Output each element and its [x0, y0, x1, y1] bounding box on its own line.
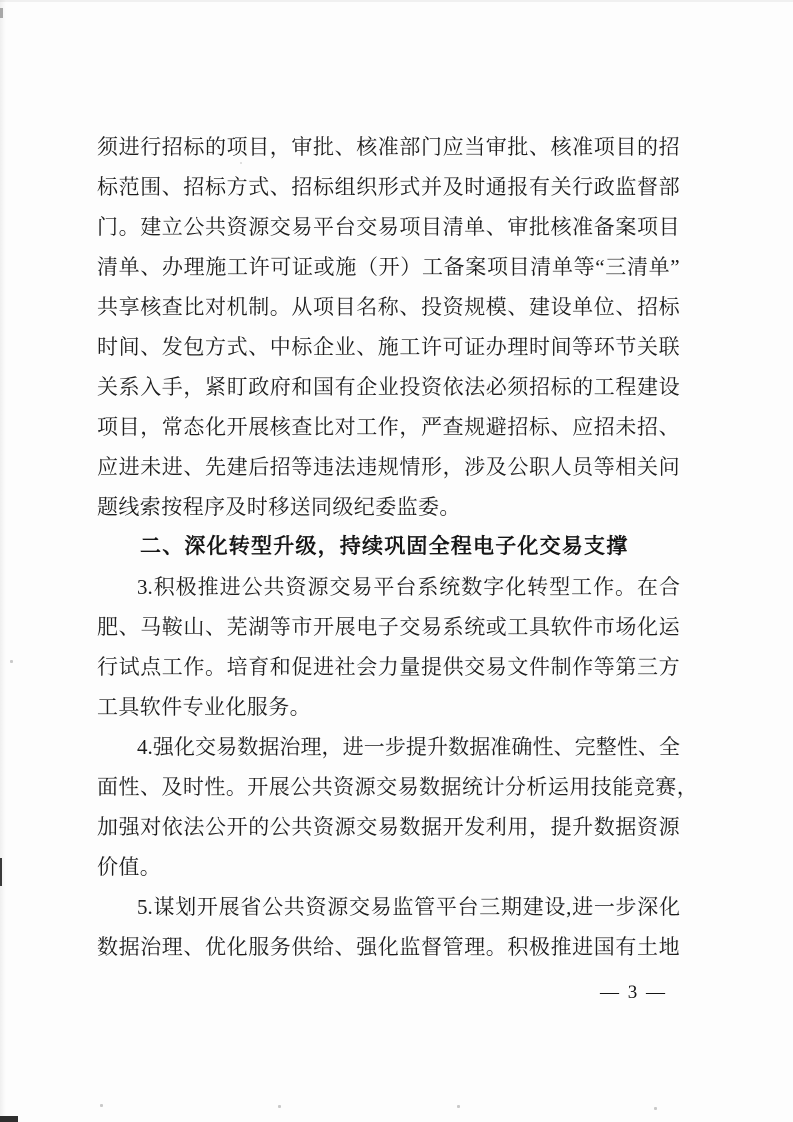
document-line: 共享核查比对机制。从项目名称、投资规模、建设单位、招标	[97, 287, 680, 327]
paragraph-start-line: 4.强化交易数据治理，进一步提升数据准确性、完整性、全	[97, 727, 680, 767]
document-line: 关系入手，紧盯政府和国有企业投资依法必须招标的工程建设	[97, 367, 680, 407]
document-line: 须进行招标的项目，审批、核准部门应当审批、核准项目的招	[97, 127, 680, 167]
document-line: 题线索按程序及时移送同级纪委监委。	[97, 487, 680, 527]
document-line: 门。建立公共资源交易平台交易项目清单、审批核准备案项目	[97, 207, 680, 247]
paragraph-start-line: 5.谋划开展省公共资源交易监管平台三期建设,进一步深化	[97, 887, 680, 927]
scan-artifact	[100, 1104, 103, 1107]
document-line: 应进未进、先建后招等违法违规情形，涉及公职人员等相关问	[97, 447, 680, 487]
document-line: 工具软件专业化服务。	[97, 687, 680, 727]
document-line: 数据治理、优化服务供给、强化监督管理。积极推进国有土地	[97, 927, 680, 967]
document-line: 标范围、招标方式、招标组织形式并及时通报有关行政监督部	[97, 167, 680, 207]
page-number: — 3 —	[600, 978, 680, 1008]
document-line: 行试点工作。培育和促进社会力量提供交易文件制作等第三方	[97, 647, 680, 687]
document-line: 加强对依法公开的公共资源交易数据开发利用，提升数据资源	[97, 807, 680, 847]
document-line: 肥、马鞍山、芜湖等市开展电子交易系统或工具软件市场化运	[97, 607, 680, 647]
document-line: 面性、及时性。开展公共资源交易数据统计分析运用技能竞赛，	[97, 767, 698, 807]
document-line: 项目，常态化开展核查比对工作，严查规避招标、应招未招、	[97, 407, 680, 447]
scan-artifact	[457, 1105, 460, 1108]
scan-artifact	[0, 8, 3, 18]
document-page: 须进行招标的项目，审批、核准部门应当审批、核准项目的招 标范围、招标方式、招标组…	[0, 0, 793, 1122]
document-text: 须进行招标的项目，审批、核准部门应当审批、核准项目的招 标范围、招标方式、招标组…	[97, 127, 680, 967]
document-line: 清单、办理施工许可证或施（开）工备案项目清单等“三清单”	[97, 247, 680, 287]
scan-artifact	[654, 1107, 657, 1110]
scan-artifact	[0, 858, 2, 886]
scan-artifact	[10, 660, 13, 663]
document-line: 价值。	[97, 847, 680, 887]
scan-edge-shadow	[0, 0, 6, 1122]
scan-edge-shadow	[0, 0, 793, 2]
scan-artifact	[0, 1116, 18, 1122]
paragraph-start-line: 3.积极推进公共资源交易平台系统数字化转型工作。在合	[97, 567, 680, 607]
document-line: 时间、发包方式、中标企业、施工许可证办理时间等环节关联	[97, 327, 680, 367]
scan-artifact	[278, 1105, 281, 1108]
section-heading: 二、深化转型升级，持续巩固全程电子化交易支撑	[97, 527, 680, 567]
